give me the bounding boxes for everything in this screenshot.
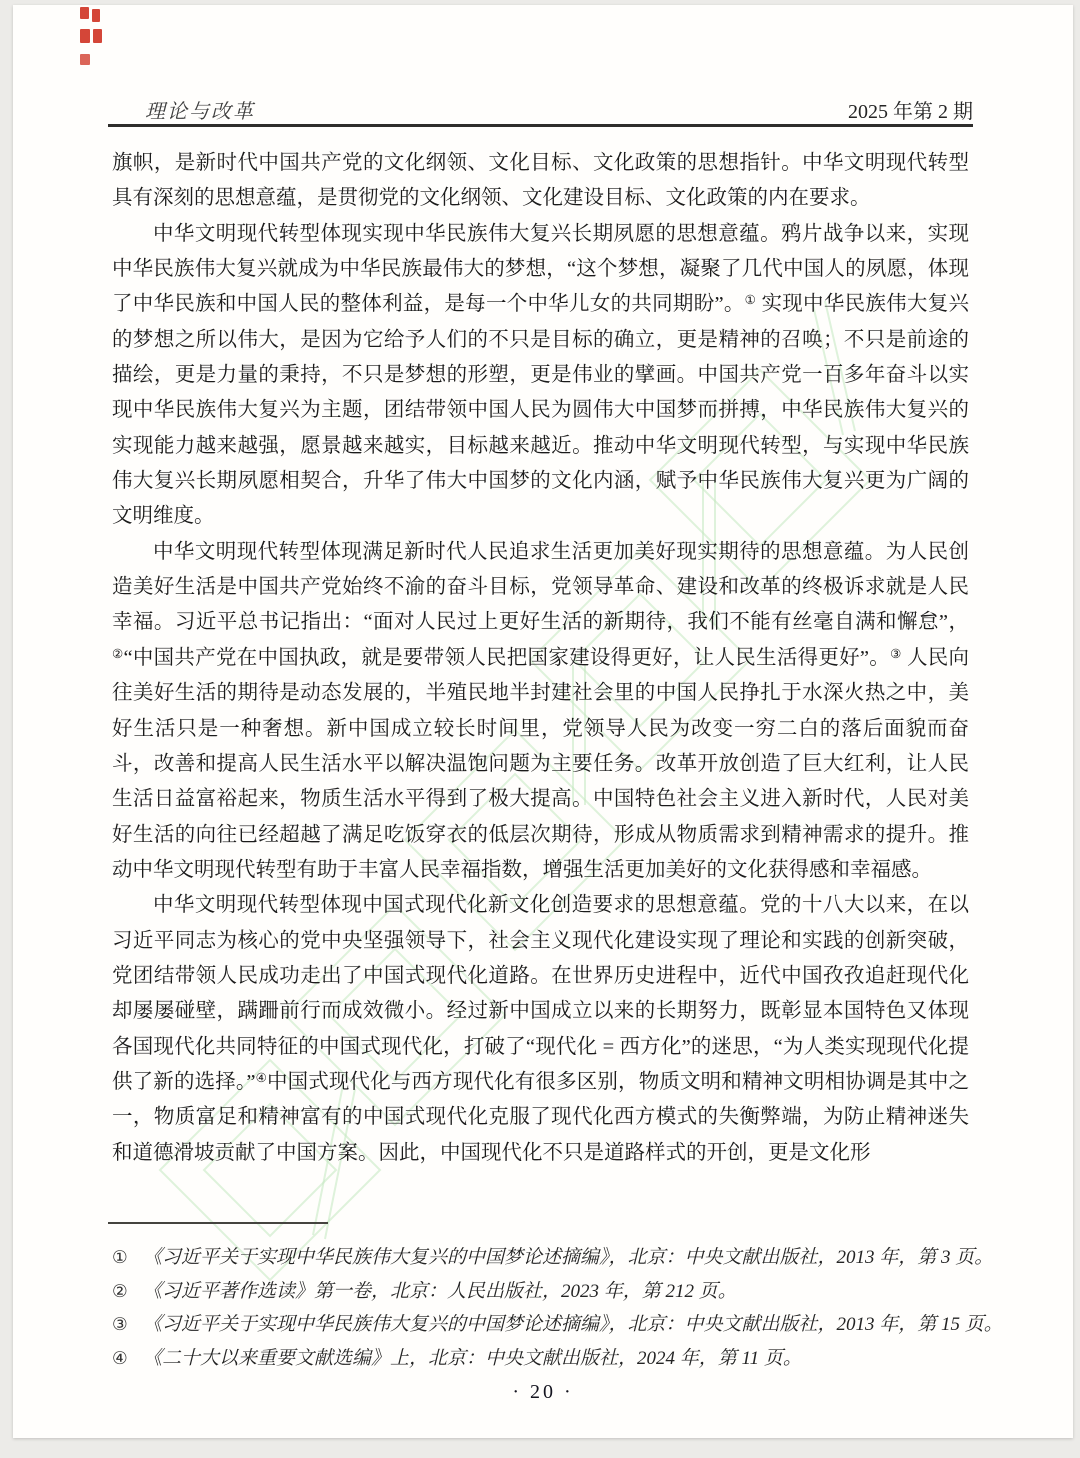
footnote-ref: ①: [745, 293, 756, 307]
footnote-separator: [108, 1222, 328, 1224]
red-mark: [80, 7, 89, 19]
red-mark: [92, 9, 100, 22]
page-number: · 20 ·: [13, 1381, 1073, 1404]
header-rule: [108, 124, 973, 127]
body-paragraph: 旗帜，是新时代中国共产党的文化纲领、文化目标、文化政策的思想指针。中华文明现代转…: [112, 146, 969, 217]
footnote-item: ③《习近平关于实现中华民族伟大复兴的中国梦论述摘编》，北京：中央文献出版社，20…: [112, 1308, 969, 1342]
page: 理论与改革 2025 年第 2 期 旗帜，是新时代中国共产党的文化纲领、文化目标…: [13, 5, 1073, 1438]
body-paragraph: 中华文明现代转型体现满足新时代人民追求生活更加美好现实期待的思想意蕴。为人民创造…: [112, 535, 969, 888]
footnote-marker: ③: [112, 1308, 143, 1342]
footnote-item: ②《习近平著作选读》第一卷，北京：人民出版社，2023 年，第 212 页。: [112, 1275, 969, 1309]
footnote-ref: ④: [255, 1071, 267, 1085]
red-mark: [80, 29, 90, 43]
footnote-marker: ①: [112, 1241, 143, 1275]
footnote-text: 《二十大以来重要文献选编》上，北京：中央文献出版社，2024 年，第 11 页。: [143, 1342, 969, 1376]
footnote-marker: ②: [112, 1275, 143, 1309]
footnote-ref: ③: [890, 647, 901, 661]
footnote-marker: ④: [112, 1342, 143, 1376]
journal-title: 理论与改革: [145, 95, 255, 124]
footnote-item: ①《习近平关于实现中华民族伟大复兴的中国梦论述摘编》，北京：中央文献出版社，20…: [112, 1241, 969, 1275]
footnote-item: ④《二十大以来重要文献选编》上，北京：中央文献出版社，2024 年，第 11 页…: [112, 1342, 969, 1376]
article-body: 旗帜，是新时代中国共产党的文化纲领、文化目标、文化政策的思想指针。中华文明现代转…: [112, 146, 969, 1171]
footnote-ref: ②: [112, 647, 123, 661]
footnote-text: 《习近平著作选读》第一卷，北京：人民出版社，2023 年，第 212 页。: [143, 1275, 969, 1309]
red-mark: [80, 54, 90, 65]
body-paragraph: 中华文明现代转型体现实现中华民族伟大复兴长期夙愿的思想意蕴。鸦片战争以来，实现中…: [112, 217, 969, 535]
footnote-list: ①《习近平关于实现中华民族伟大复兴的中国梦论述摘编》，北京：中央文献出版社，20…: [112, 1241, 969, 1375]
scanned-journal-page: 理论与改革 2025 年第 2 期 旗帜，是新时代中国共产党的文化纲领、文化目标…: [0, 0, 1080, 1458]
red-mark: [93, 29, 102, 43]
footnote-text: 《习近平关于实现中华民族伟大复兴的中国梦论述摘编》，北京：中央文献出版社，201…: [143, 1241, 993, 1275]
issue-label: 2025 年第 2 期: [848, 95, 973, 124]
body-paragraph: 中华文明现代转型体现中国式现代化新文化创造要求的思想意蕴。党的十八大以来，在以习…: [112, 888, 969, 1171]
red-annotation-marks: [80, 7, 122, 69]
footnote-text: 《习近平关于实现中华民族伟大复兴的中国梦论述摘编》，北京：中央文献出版社，201…: [143, 1308, 1003, 1342]
